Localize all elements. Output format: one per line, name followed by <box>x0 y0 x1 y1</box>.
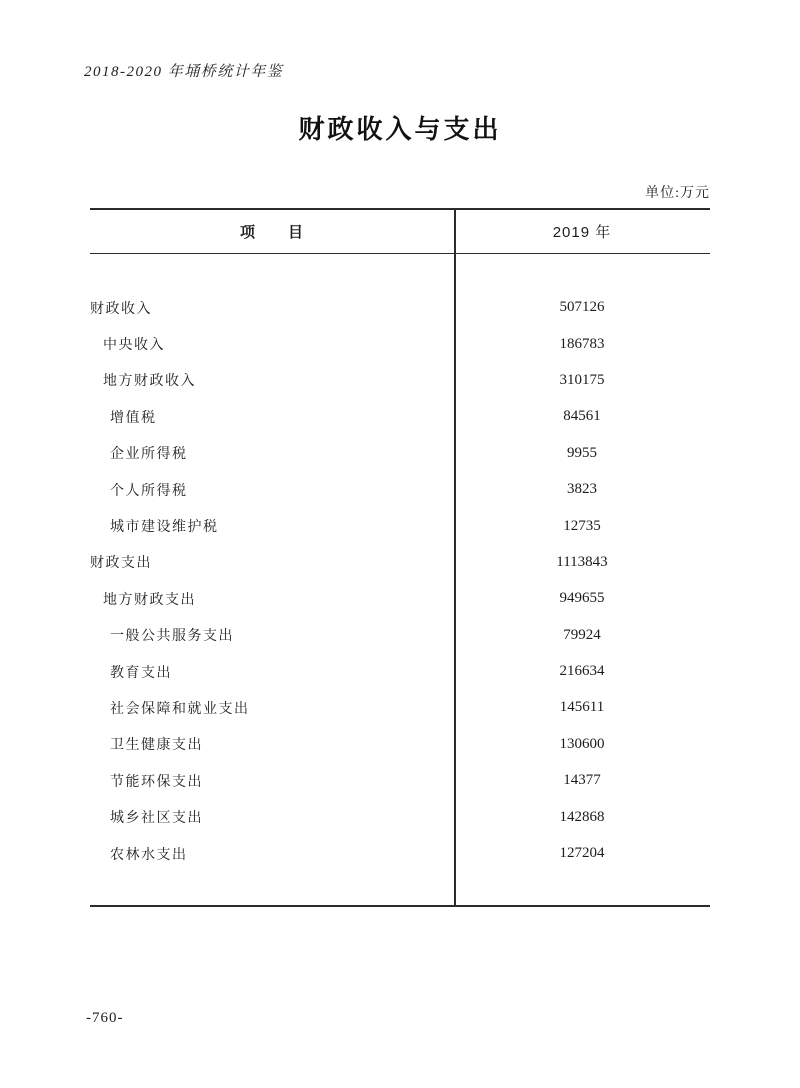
table-row: 财政收入 507126 <box>90 290 710 326</box>
row-label: 地方财政收入 <box>90 370 454 390</box>
row-label: 城乡社区支出 <box>90 807 454 827</box>
row-label: 卫生健康支出 <box>90 734 454 754</box>
row-value: 186783 <box>454 336 710 353</box>
fiscal-table: 项 目 2019 年 财政收入 507126 中央收入 186783 地方财政收… <box>90 208 710 907</box>
row-label: 节能环保支出 <box>90 771 454 791</box>
row-value: 84561 <box>454 408 710 425</box>
row-value: 12735 <box>454 518 710 535</box>
table-row: 城市建设维护税 12735 <box>90 508 710 544</box>
table-row: 节能环保支出 14377 <box>90 763 710 799</box>
row-value: 310175 <box>454 372 710 389</box>
column-header-item: 项 目 <box>90 221 454 242</box>
row-label: 个人所得税 <box>90 480 454 500</box>
page-number: -760- <box>86 1010 124 1027</box>
row-value: 216634 <box>454 663 710 680</box>
table-row: 社会保障和就业支出 145611 <box>90 690 710 726</box>
row-value: 142868 <box>454 809 710 826</box>
table-header-row: 项 目 2019 年 <box>90 210 710 254</box>
unit-label: 单位:万元 <box>645 182 710 202</box>
row-value: 79924 <box>454 627 710 644</box>
row-value: 127204 <box>454 845 710 862</box>
row-value: 1113843 <box>454 554 710 571</box>
table-row: 农林水支出 127204 <box>90 835 710 871</box>
row-label: 教育支出 <box>90 662 454 682</box>
page-title: 财政收入与支出 <box>0 109 800 146</box>
table-row: 一般公共服务支出 79924 <box>90 617 710 653</box>
row-label: 企业所得税 <box>90 443 454 463</box>
column-divider-line <box>454 210 456 905</box>
row-value: 130600 <box>454 736 710 753</box>
table-row: 中央收入 186783 <box>90 326 710 362</box>
row-value: 9955 <box>454 445 710 462</box>
row-label: 中央收入 <box>90 334 454 354</box>
row-label: 一般公共服务支出 <box>90 625 454 645</box>
row-value: 145611 <box>454 699 710 716</box>
row-label: 社会保障和就业支出 <box>90 698 454 718</box>
yearbook-edition-header: 2018-2020 年埇桥统计年鉴 <box>84 60 283 81</box>
table-row: 教育支出 216634 <box>90 653 710 689</box>
table-body: 财政收入 507126 中央收入 186783 地方财政收入 310175 增值… <box>90 254 710 872</box>
table-row: 企业所得税 9955 <box>90 435 710 471</box>
row-value: 3823 <box>454 481 710 498</box>
row-label: 农林水支出 <box>90 844 454 864</box>
column-header-year: 2019 年 <box>454 221 710 242</box>
row-label: 财政收入 <box>90 298 454 318</box>
row-label: 财政支出 <box>90 552 454 572</box>
row-label: 增值税 <box>90 407 454 427</box>
table-row: 财政支出 1113843 <box>90 544 710 580</box>
row-label: 城市建设维护税 <box>90 516 454 536</box>
row-value: 507126 <box>454 299 710 316</box>
table-row: 地方财政支出 949655 <box>90 581 710 617</box>
yearbook-page: 2018-2020 年埇桥统计年鉴 财政收入与支出 单位:万元 项 目 2019… <box>0 0 800 1088</box>
row-label: 地方财政支出 <box>90 589 454 609</box>
row-value: 14377 <box>454 772 710 789</box>
table-row: 卫生健康支出 130600 <box>90 726 710 762</box>
table-row: 增值税 84561 <box>90 399 710 435</box>
table-row: 城乡社区支出 142868 <box>90 799 710 835</box>
table-row: 个人所得税 3823 <box>90 471 710 507</box>
row-value: 949655 <box>454 590 710 607</box>
table-row: 地方财政收入 310175 <box>90 362 710 398</box>
